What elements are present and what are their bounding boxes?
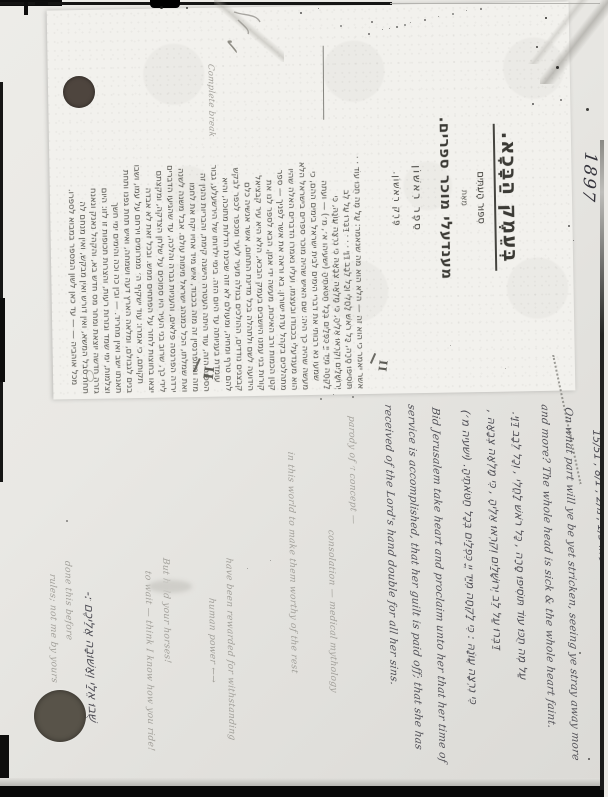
pencil-note: human power ←→ — [206, 597, 217, 683]
handwritten-verse-en: On what part will ye be yet stricken, se… — [562, 406, 581, 761]
handwritten-verse-en: service is accomplished, that her guilt … — [405, 403, 424, 750]
section-mark-ii: II — [375, 359, 389, 373]
noise-speck — [532, 103, 534, 105]
noise-speck — [545, 17, 547, 19]
noise-speck — [389, 28, 390, 29]
pencil-note: consolation — medical mythology — [326, 529, 339, 693]
noise-speck — [404, 24, 406, 26]
noise-speck — [371, 21, 373, 23]
handwritten-annotations: ז׳ ישעיהו 1/5 , מ/2 , 8/1 , 15/51 On wha… — [0, 0, 608, 797]
scan-edge-left — [0, 298, 5, 382]
pencil-note: parody of ז׳ concept — — [346, 415, 359, 525]
noise-speck — [568, 225, 570, 227]
noise-speck — [466, 10, 467, 11]
scan-edge-left — [0, 82, 3, 482]
noise-speck — [382, 29, 383, 30]
archive-number: 1897 — [578, 150, 601, 204]
handwritten-verse-he: דַּבְּרוּ עַל לֵב יְרוּשָׁלַיִם וְקִרְאו… — [485, 410, 504, 650]
scan-edge-bottom — [0, 786, 608, 797]
noise-speck — [573, 240, 574, 241]
scan-edge-blob — [150, 0, 180, 8]
section-mark-ii: II — [199, 365, 216, 381]
noise-speck — [368, 33, 370, 35]
noise-speck — [318, 8, 319, 9]
handwritten-verse-en: Bid Jerusalem take heart and proclaim un… — [429, 406, 448, 763]
corner-registration-mark — [35, 1, 48, 5]
pencil-note: But hold your horses! — [160, 557, 172, 664]
noise-speck — [333, 394, 334, 395]
noise-speck — [480, 8, 482, 10]
noise-speck — [340, 25, 342, 27]
noise-speck — [505, 368, 506, 369]
scan-edge-bottom-shadow — [0, 778, 608, 786]
noise-speck — [588, 758, 590, 760]
scan-smudge — [148, 580, 192, 593]
scan-edge-top — [0, 2, 392, 5]
paper-crease — [520, 0, 600, 64]
noise-speck — [160, 6, 163, 9]
noise-speck — [66, 520, 68, 522]
handwritten-verse-he: עַל מֶה תֻכּוּ עוֹד תּוֹסִיפוּ סָרָה , כ… — [510, 412, 530, 680]
pencil-note: to wait — think I know how you ride! — [142, 570, 155, 752]
margin-note-complete-break: Complete break — [205, 63, 216, 137]
noise-speck — [270, 560, 271, 561]
punch-hole — [34, 690, 86, 742]
hebrew-ink-note: שֻׁבוּ אֵלַי וְאָשׁוּבָה אֲלֵיכֶם :- — [82, 591, 101, 723]
handwritten-verse-he: כִּי נִרְצָה עֲוֹנָהּ : כִּי לָקְחָה מִי… — [459, 409, 480, 704]
scanned-document-sheet: בְּעֵמֶק הַבָּכָא. סִפּוּר הָעִתִּים מֵא… — [0, 0, 608, 797]
rotated-content-layer: בְּעֵמֶק הַבָּכָא. סִפּוּר הָעִתִּים מֵא… — [0, 0, 608, 797]
pencil-oval-mark — [85, 369, 95, 382]
noise-speck — [352, 396, 354, 398]
paper-crease — [214, 0, 284, 62]
noise-speck — [450, 345, 451, 346]
noise-speck — [452, 13, 454, 15]
handwritten-verse-en: and more? The whole head is sick & the w… — [539, 404, 558, 730]
noise-speck — [556, 66, 559, 69]
noise-speck — [90, 600, 91, 601]
noise-speck — [586, 108, 589, 111]
pencil-note: in this world to make them worthy of the… — [285, 451, 299, 674]
corner-registration-mark — [24, 2, 28, 15]
noise-speck — [300, 12, 302, 14]
punch-hole — [63, 76, 95, 108]
noise-speck — [424, 19, 426, 21]
section-mark-tail — [370, 353, 376, 364]
noise-speck — [560, 99, 562, 101]
noise-speck — [247, 568, 248, 569]
handwritten-verse-en: received of the Lord's hand double for a… — [382, 404, 400, 687]
noise-speck — [579, 652, 581, 654]
pencil-note: done this before — [62, 560, 73, 641]
noise-speck — [186, 7, 188, 9]
pencil-note: have been rewarded for withstanding — [223, 557, 236, 741]
noise-speck — [536, 46, 538, 48]
noise-speck — [410, 22, 411, 23]
noise-speck — [438, 16, 439, 17]
noise-speck — [396, 26, 398, 28]
noise-speck — [320, 398, 322, 400]
scan-edge-right-margin — [604, 0, 608, 797]
pencil-note: rules; not me by yours — [47, 573, 59, 683]
